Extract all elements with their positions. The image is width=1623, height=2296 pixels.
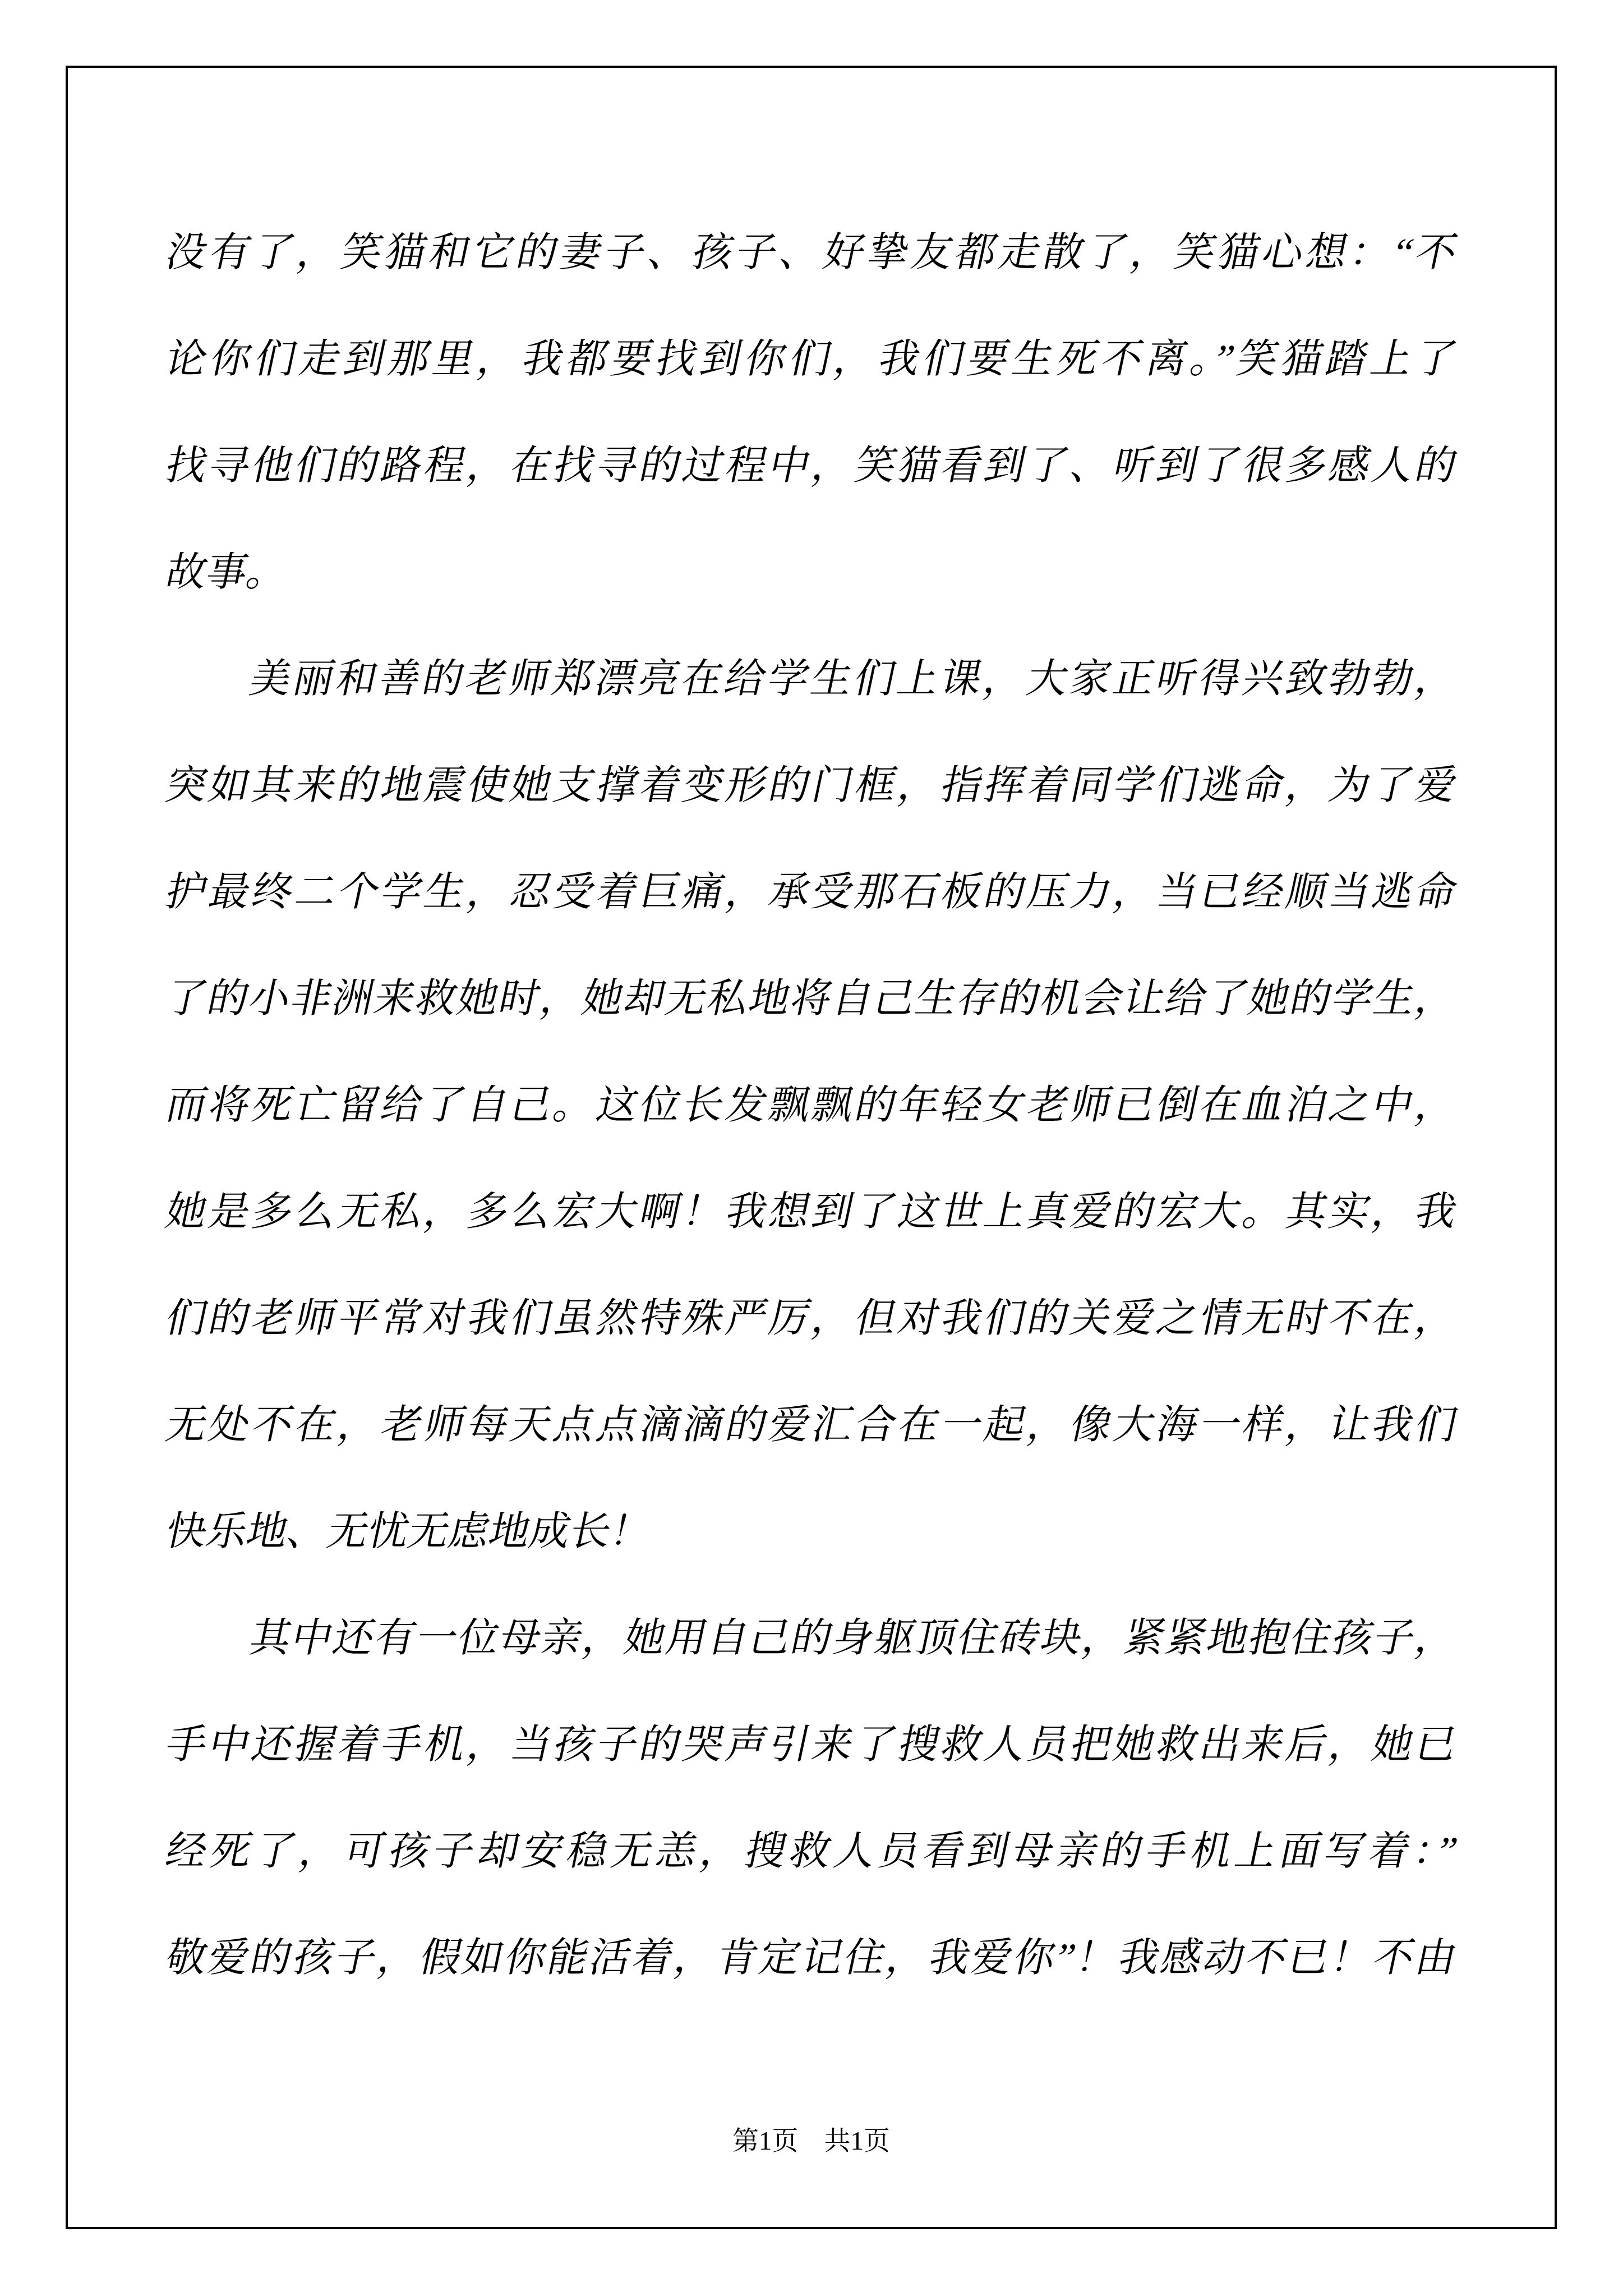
essay-body: 没有了，笑猫和它的妻子、孩子、好挚友都走散了，笑猫心想：“不论你们走到那里，我都… (167, 199, 1456, 2011)
page-number-label: 第1页 (732, 2124, 799, 2158)
text-line: 们的老师平常对我们虽然特殊严厉，但对我们的关爱之情无时不在， (155, 1265, 1468, 1372)
text-line: 快乐地、无忧无虑地成长！ (155, 1478, 1468, 1585)
page-border-frame: 没有了，笑猫和它的妻子、孩子、好挚友都走散了，笑猫心想：“不论你们走到那里，我都… (66, 66, 1557, 2229)
document-page: 没有了，笑猫和它的妻子、孩子、好挚友都走散了，笑猫心想：“不论你们走到那里，我都… (0, 0, 1623, 2296)
text-line: 了的小非洲来救她时，她却无私地将自己生存的机会让给了她的学生， (155, 945, 1468, 1052)
text-line: 经死了，可孩子却安稳无恙，搜救人员看到母亲的手机上面写着：” (155, 1798, 1468, 1904)
text-line: 护最终二个学生，忍受着巨痛，承受那石板的压力，当已经顺当逃命 (155, 839, 1468, 945)
text-line: 突如其来的地震使她支撑着变形的门框，指挥着同学们逃命，为了爱 (155, 732, 1468, 839)
text-line: 没有了，笑猫和它的妻子、孩子、好挚友都走散了，笑猫心想：“不 (155, 199, 1468, 306)
text-line: 找寻他们的路程，在找寻的过程中，笑猫看到了、听到了很多感人的 (155, 412, 1468, 519)
page-total-label: 共1页 (824, 2124, 891, 2158)
page-footer: 第1页 共1页 (68, 2124, 1555, 2158)
text-line: 手中还握着手机，当孩子的哭声引来了搜救人员把她救出来后，她已 (155, 1691, 1468, 1798)
text-line: 论你们走到那里，我都要找到你们，我们要生死不离。”笑猫踏上了 (155, 306, 1468, 412)
text-line: 而将死亡留给了自己。这位长发飘飘的年轻女老师已倒在血泊之中， (155, 1052, 1468, 1158)
text-line: 无处不在，老师每天点点滴滴的爱汇合在一起，像大海一样，让我们 (155, 1372, 1468, 1478)
text-line: 她是多么无私，多么宏大啊！我想到了这世上真爱的宏大。其实，我 (155, 1158, 1468, 1265)
text-line: 其中还有一位母亲，她用自己的身躯顶住砖块，紧紧地抱住孩子， (155, 1585, 1468, 1691)
text-line: 美丽和善的老师郑漂亮在给学生们上课，大家正听得兴致勃勃， (155, 625, 1468, 732)
text-line: 故事。 (155, 519, 1468, 625)
text-line: 敬爱的孩子，假如你能活着，肯定记住，我爱你”！我感动不已！不由 (155, 1904, 1468, 2011)
